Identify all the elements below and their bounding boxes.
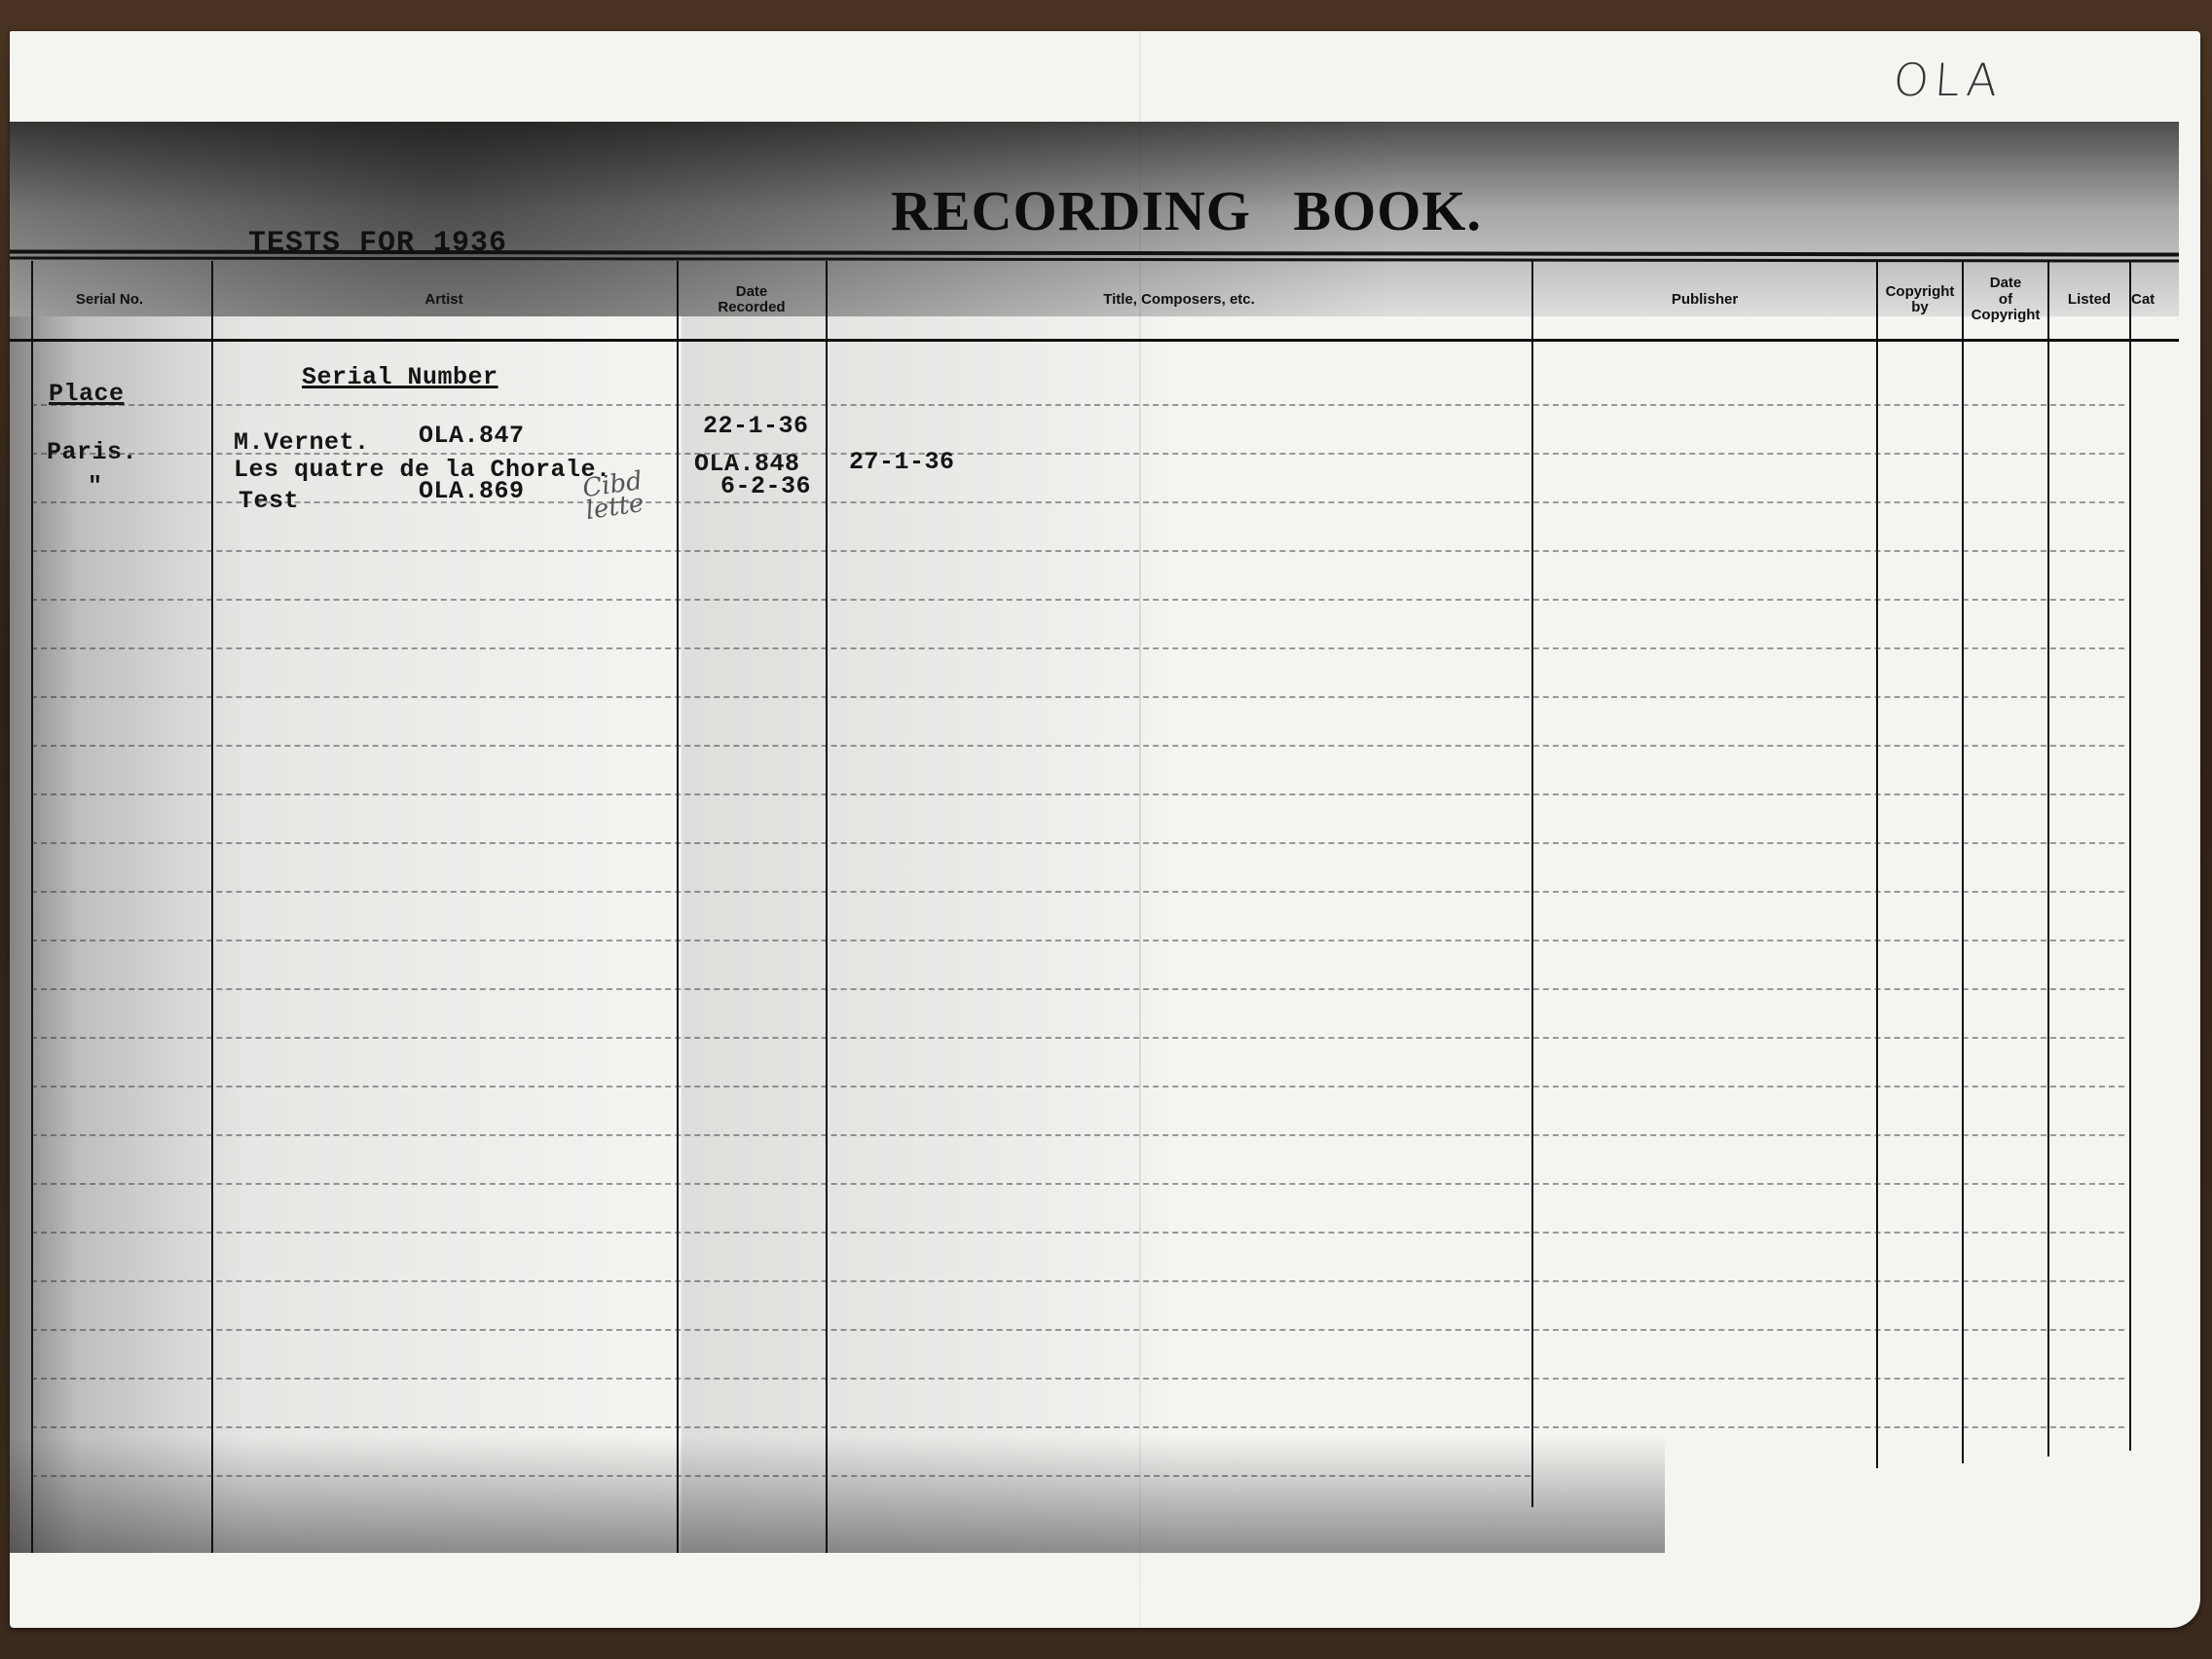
entry-place: Paris. [47, 438, 137, 466]
entry-date: 6-2-36 [720, 472, 811, 500]
ruled-line [31, 550, 2124, 552]
ruled-line [31, 1037, 2124, 1039]
column-header-row: Serial No. Artist Date Recorded Title, C… [10, 261, 2179, 342]
ruled-line [31, 842, 2124, 844]
column-rule [1531, 261, 1533, 1507]
ruled-line [31, 696, 2124, 698]
subheading-place: Place [49, 380, 125, 408]
ruled-line [31, 1426, 2124, 1428]
entry-extra-date: 27-1-36 [849, 448, 955, 476]
col-header-copyright-by: Copyright by [1878, 261, 1962, 339]
entry-place: " [88, 472, 103, 500]
ruled-line [31, 1086, 2124, 1088]
ruled-line [31, 1183, 2124, 1185]
handwritten-note-text: Cibd lette [580, 466, 645, 526]
col-header-cat: Cat [2131, 261, 2179, 339]
ruled-line [31, 745, 2124, 747]
col-header-date-recorded: Date Recorded [679, 261, 825, 339]
entry-serial: OLA.847 [419, 422, 525, 450]
column-rule [677, 261, 679, 1553]
ruled-line [31, 1280, 2124, 1282]
col-header-artist: Artist [211, 261, 677, 339]
ruled-line [31, 793, 2124, 795]
ruled-line [31, 599, 2124, 601]
subheading-serial-number: Serial Number [302, 363, 498, 391]
column-rule [2129, 261, 2131, 1451]
entry-serial: OLA.869 [419, 477, 525, 505]
ruled-line [31, 501, 2124, 503]
ruled-line [31, 1232, 2124, 1234]
column-rule [31, 261, 33, 1553]
column-rule [1962, 261, 1964, 1463]
ruled-line [31, 1134, 2124, 1136]
ruled-line [31, 404, 2124, 406]
ruled-line [31, 1378, 2124, 1380]
handwritten-note: Cibd lette [581, 470, 646, 524]
column-rule [1876, 261, 1878, 1468]
ruled-line [31, 988, 2124, 990]
column-rule [826, 261, 828, 1553]
book-title: RECORDING BOOK. [891, 178, 1482, 243]
col-header-listed: Listed [2049, 261, 2129, 339]
col-header-serial-no: Serial No. [10, 261, 209, 339]
ruled-line [31, 647, 2124, 649]
photocopy-toner-bottom [10, 1436, 1665, 1553]
ruled-line [31, 1475, 1530, 1477]
ruled-line [31, 1329, 2124, 1331]
recording-book-form: TESTS FOR 1936 RECORDING BOOK. Serial No… [10, 122, 2179, 1553]
col-header-title: Title, Composers, etc. [828, 261, 1530, 339]
column-rule [211, 261, 213, 1553]
col-header-date-of-copyright: Date of Copyright [1964, 261, 2047, 339]
column-rule [2047, 261, 2049, 1456]
entry-date: 22-1-36 [703, 412, 809, 440]
ruled-line [31, 891, 2124, 893]
handwritten-label: OLA [1892, 54, 2005, 106]
entry-artist: M.Vernet. [234, 428, 370, 457]
col-header-publisher: Publisher [1533, 261, 1876, 339]
ruled-line [31, 940, 2124, 941]
entry-artist: Test [239, 487, 299, 515]
